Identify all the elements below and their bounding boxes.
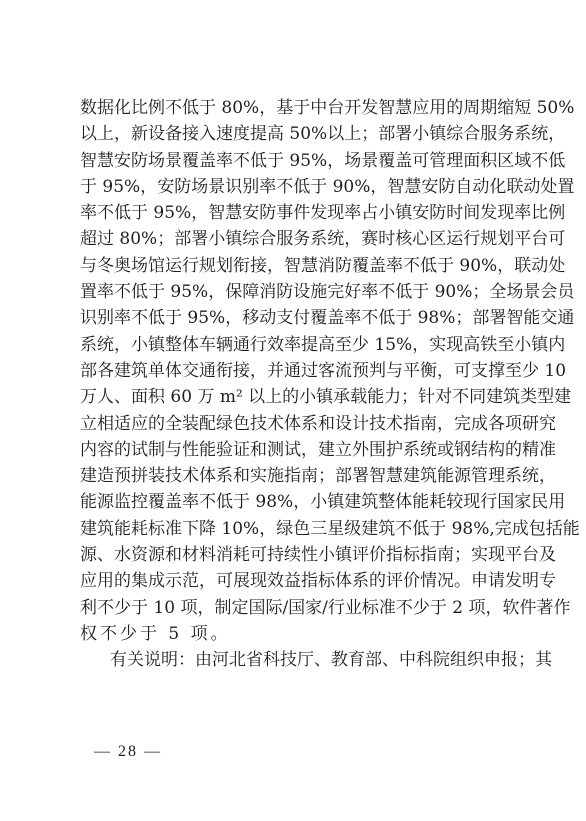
- body-line-11: 部各建筑单体交通衔接，并通过客流预判与平衡，可支撑至少 10: [80, 358, 517, 384]
- body-line-4: 于 95%，安防场景识别率不低于 90%，智慧安防自动化联动处置: [80, 174, 517, 200]
- body-line-2: 以上，新设备接入速度提高 50%以上；部署小镇综合服务系统，: [80, 121, 517, 147]
- body-line-7: 与冬奥场馆运行规划衔接，智慧消防覆盖率不低于 90%，联动处: [80, 253, 517, 279]
- body-line-18: 源、水资源和材料消耗可持续性小镇评价指标指南；实现平台及: [80, 542, 517, 568]
- body-line-12: 万人、面积 60 万 m² 以上的小镇承载能力；针对不同建筑类型建: [80, 384, 517, 410]
- body-line-6: 超过 80%；部署小镇综合服务系统，赛时核心区运行规划平台可: [80, 226, 517, 252]
- body-line-19: 应用的集成示范，可展现效益指标体系的评价情况。申请发明专: [80, 568, 517, 594]
- body-line-1: 数据化比例不低于 80%，基于中台开发智慧应用的周期缩短 50%: [80, 95, 517, 121]
- body-line-10: 系统，小镇整体车辆通行效率提高至少 15%，实现高铁至小镇内: [80, 332, 517, 358]
- page-number: — 28 —: [94, 740, 162, 764]
- body-line-9: 识别率不低于 95%，移动支付覆盖率不低于 98%；部署智能交通: [80, 305, 517, 331]
- body-line-17: 建筑能耗标准下降 10%，绿色三星级建筑不低于 98%,完成包括能: [80, 516, 517, 542]
- body-text: 数据化比例不低于 80%，基于中台开发智慧应用的周期缩短 50% 以上，新设备接…: [80, 95, 517, 674]
- body-line-20: 利不少于 10 项，制定国际/国家/行业标准不少于 2 项，软件著作: [80, 595, 517, 621]
- document-page: 数据化比例不低于 80%，基于中台开发智慧应用的周期缩短 50% 以上，新设备接…: [0, 0, 586, 821]
- body-line-15: 建造预拼装技术体系和实施指南；部署智慧建筑能源管理系统，: [80, 463, 517, 489]
- body-line-5: 率不低于 95%，智慧安防事件发现率占小镇安防时间发现率比例: [80, 200, 517, 226]
- body-line-16: 能源监控覆盖率不低于 98%，小镇建筑整体能耗较现行国家民用: [80, 489, 517, 515]
- body-line-8: 置率不低于 95%，保障消防设施完好率不低于 90%；全场景会员: [80, 279, 517, 305]
- body-line-14: 内容的试制与性能验证和测试，建立外围护系统或钢结构的精准: [80, 437, 517, 463]
- body-line-13: 立相适应的全装配绿色技术体系和设计技术指南，完成各项研究: [80, 411, 517, 437]
- body-line-21: 权不少于 5 项。: [80, 621, 517, 647]
- note-paragraph-line: 有关说明：由河北省科技厅、教育部、中科院组织申报；其: [80, 647, 517, 673]
- body-line-3: 智慧安防场景覆盖率不低于 95%，场景覆盖可管理面积区域不低: [80, 148, 517, 174]
